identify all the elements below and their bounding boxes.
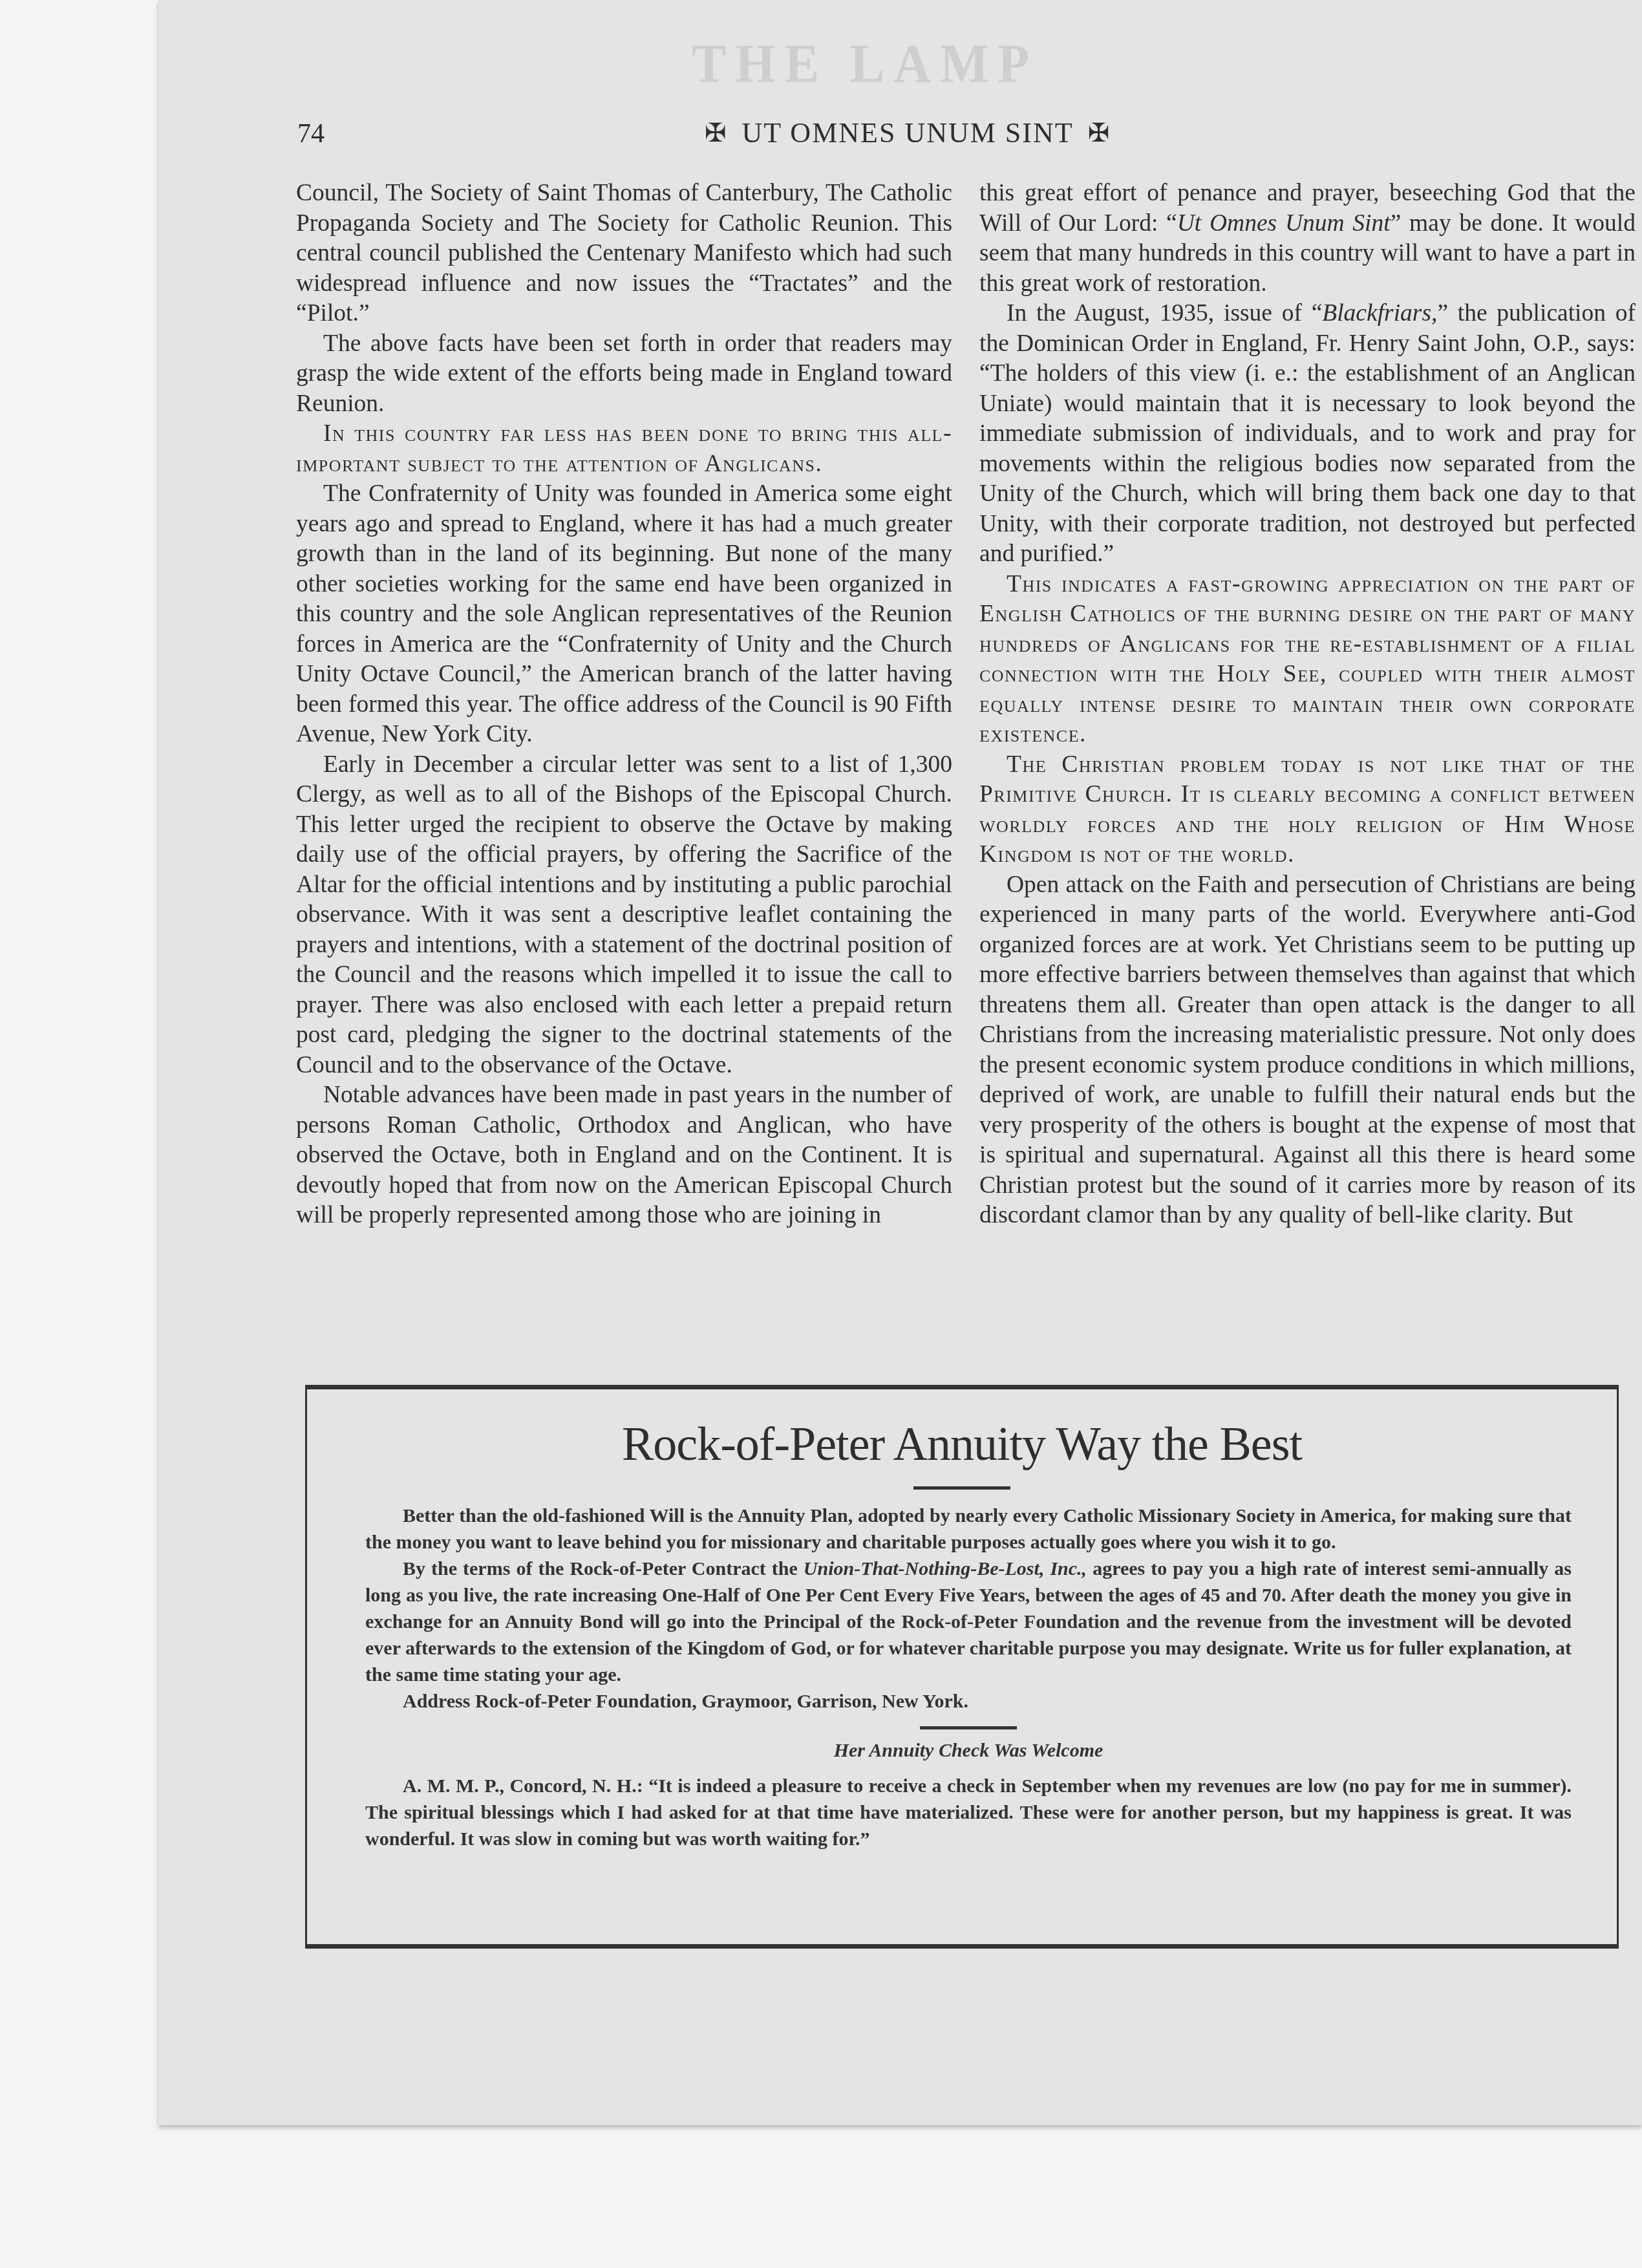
annuity-advertisement: Rock-of-Peter Annuity Way the Best Bette… <box>305 1385 1619 1949</box>
paragraph: this great effort of penance and prayer,… <box>979 178 1636 299</box>
advertisement-title: Rock-of-Peter Annuity Way the Best <box>307 1417 1617 1472</box>
divider <box>913 1486 1010 1490</box>
bleed-through-title: THE LAMP <box>692 34 1038 96</box>
italic-text: Blackfriars, <box>1322 300 1437 326</box>
paragraph: In the August, 1935, issue of “Blackfria… <box>979 299 1636 570</box>
paragraph: The Confraternity of Unity was founded i… <box>296 479 952 750</box>
cross-pattee-icon: ✠ <box>1088 120 1111 146</box>
small-caps-paragraph: In this country far less has been done t… <box>296 419 952 479</box>
text: In the August, 1935, issue of “ <box>1007 300 1322 326</box>
paragraph: By the terms of the Rock-of-Peter Contra… <box>365 1556 1572 1688</box>
testimonial: A. M. M. P., Concord, N. H.: “It is inde… <box>365 1773 1572 1852</box>
running-head-title: UT OMNES UNUM SINT <box>742 116 1074 149</box>
small-caps-paragraph: This indicates a fast-growing appreciati… <box>979 570 1636 750</box>
advertisement-body: Better than the old-fashioned Will is th… <box>365 1503 1572 1852</box>
paragraph: Council, The Society of Saint Thomas of … <box>296 178 952 329</box>
left-column: Council, The Society of Saint Thomas of … <box>296 178 952 1231</box>
testimonial-heading: Her Annuity Check Was Welcome <box>365 1737 1572 1764</box>
text: ” the pub­lication of the Dominican Orde… <box>979 300 1636 567</box>
text: By the terms of the Rock-of-Peter Contra… <box>403 1558 804 1579</box>
paragraph: Better than the old-fashioned Will is th… <box>365 1503 1572 1556</box>
page-number: 74 <box>297 118 325 149</box>
paragraph: Early in December a circular letter was … <box>296 750 952 1081</box>
italic-text: Union-That-Nothing-Be-Lost, Inc., <box>804 1558 1087 1579</box>
paragraph: Open attack on the Faith and persecution… <box>979 870 1636 1231</box>
italic-text: Ut Omnes Unum Sint <box>1177 210 1391 237</box>
address-line: Address Rock-of-Peter Foundation, Graymo… <box>365 1688 1572 1715</box>
paragraph: Notable advances have been made in past … <box>296 1080 952 1231</box>
paragraph: The above facts have been set forth in o… <box>296 329 952 420</box>
cross-pattee-icon: ✠ <box>705 120 728 146</box>
running-head: ✠ UT OMNES UNUM SINT ✠ <box>705 116 1111 149</box>
right-column: this great effort of penance and prayer,… <box>979 178 1636 1231</box>
divider <box>920 1726 1017 1729</box>
small-caps-paragraph: The Christian problem today is not like … <box>979 750 1636 870</box>
